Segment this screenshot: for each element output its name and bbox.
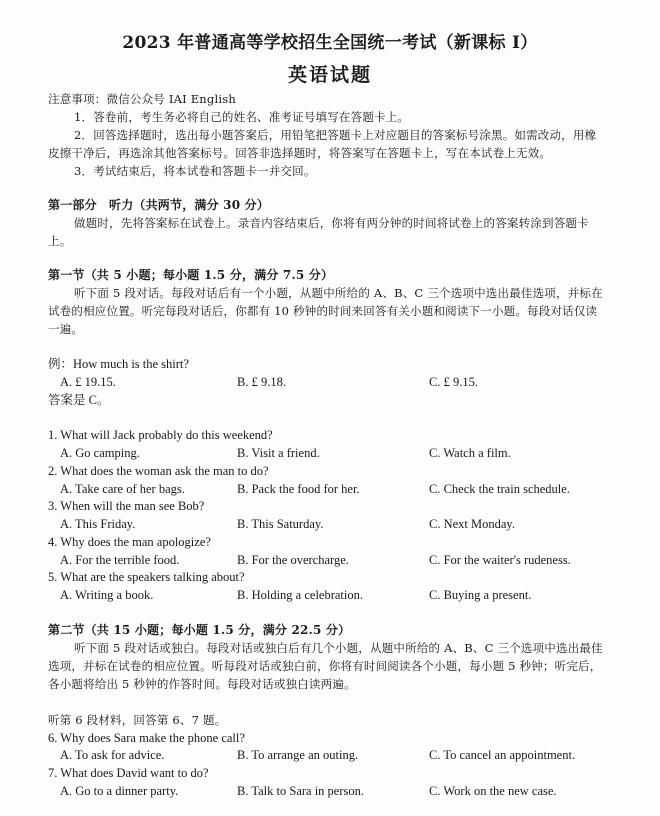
question-2-option-b: B. Pack the food for her. (237, 480, 360, 498)
question-2-option-c: C. Check the train schedule. (429, 480, 570, 498)
question-5-option-c: C. Buying a present. (429, 586, 531, 604)
question-5-option-b: B. Holding a celebration. (237, 586, 363, 604)
question-1-option-c: C. Watch a film. (429, 444, 511, 462)
question-7: 7. What does David want to do? (48, 764, 209, 782)
question-7-option-a: A. Go to a dinner party. (60, 782, 178, 800)
question-3: 3. When will the man see Bob? (48, 497, 204, 515)
question-2: 2. What does the woman ask the man to do… (48, 462, 269, 480)
question-7-option-b: B. Talk to Sara in person. (237, 782, 364, 800)
question-4-option-c: C. For the waiter's rudeness. (429, 551, 571, 569)
example-answer: 答案是 C。 (48, 391, 109, 409)
question-3-option-a: A. This Friday. (60, 515, 135, 533)
example-option-b: B. £ 9.18. (237, 373, 286, 391)
section2-heading: 第二节（共 15 小题；每小题 1.5 分，满分 22.5 分） (48, 621, 350, 639)
section2-instructions-1: 听下面 5 段对话或独白。每段对话或独白后有几个小题，从题中所给的 A、B、C … (74, 639, 603, 657)
note-item-2: 2．回答选择题时，选出每小题答案后，用铅笔把答题卡上对应题目的答案标号涂黑。如需… (74, 126, 596, 144)
question-6-option-c: C. To cancel an appointment. (429, 746, 575, 764)
example-option-a: A. £ 19.15. (60, 373, 116, 391)
question-4: 4. Why does the man apologize? (48, 533, 211, 551)
question-5: 5. What are the speakers talking about? (48, 568, 245, 586)
question-4-option-a: A. For the terrible food. (60, 551, 179, 569)
example-option-c: C. £ 9.15. (429, 373, 478, 391)
part1-instructions-1: 做题时，先将答案标在试卷上。录音内容结束后，你将有两分钟的时间将试卷上的答案转涂… (74, 214, 589, 232)
question-1-option-a: A. Go camping. (60, 444, 140, 462)
question-3-option-b: B. This Saturday. (237, 515, 323, 533)
section1-heading: 第一节（共 5 小题；每小题 1.5 分，满分 7.5 分） (48, 266, 333, 284)
exam-subtitle: 英语试题 (0, 60, 660, 87)
part1-heading: 第一部分 听力（共两节，满分 30 分） (48, 196, 269, 214)
section1-instructions-2: 试卷的相应位置。听完每段对话后，你都有 10 秒钟的时间来回答有关小题和阅读下一… (48, 302, 597, 320)
section1-instructions-3: 一遍。 (48, 320, 83, 338)
question-5-option-a: A. Writing a book. (60, 586, 153, 604)
question-2-option-a: A. Take care of her bags. (60, 480, 185, 498)
note-item-2-cont: 皮擦干净后，再选涂其他答案标号。回答非选择题时，将答案写在答题卡上，写在本试卷上… (48, 144, 551, 162)
question-3-option-c: C. Next Monday. (429, 515, 515, 533)
question-6: 6. Why does Sara make the phone call? (48, 729, 245, 747)
question-6-option-a: A. To ask for advice. (60, 746, 164, 764)
note-item-3: 3．考试结束后，将本试卷和答题卡一并交回。 (74, 162, 316, 180)
section2-instructions-3: 各小题将给出 5 秒钟的作答时间。每段对话或独白读两遍。 (48, 675, 356, 693)
notes-label: 注意事项：微信公众号 IAI English (48, 90, 236, 108)
example-question: 例：How much is the shirt? (48, 355, 189, 373)
material-intro: 听第 6 段材料，回答第 6、7 题。 (48, 711, 226, 729)
note-item-1: 1．答卷前，考生务必将自己的姓名、准考证号填写在答题卡上。 (74, 108, 409, 126)
question-6-option-b: B. To arrange an outing. (237, 746, 358, 764)
question-1: 1. What will Jack probably do this weeke… (48, 426, 273, 444)
part1-instructions-2: 上。 (48, 232, 71, 250)
question-7-option-c: C. Work on the new case. (429, 782, 557, 800)
question-4-option-b: B. For the overcharge. (237, 551, 349, 569)
question-1-option-b: B. Visit a friend. (237, 444, 320, 462)
section2-instructions-2: 选项，并标在试卷的相应位置。听每段对话或独白前，你将有时间阅读各个小题，每小题 … (48, 657, 601, 675)
section1-instructions-1: 听下面 5 段对话。每段对话后有一个小题，从题中所给的 A、B、C 三个选项中选… (74, 284, 603, 302)
exam-title: 2023 年普通高等学校招生全国统一考试（新课标 I） (0, 28, 660, 53)
